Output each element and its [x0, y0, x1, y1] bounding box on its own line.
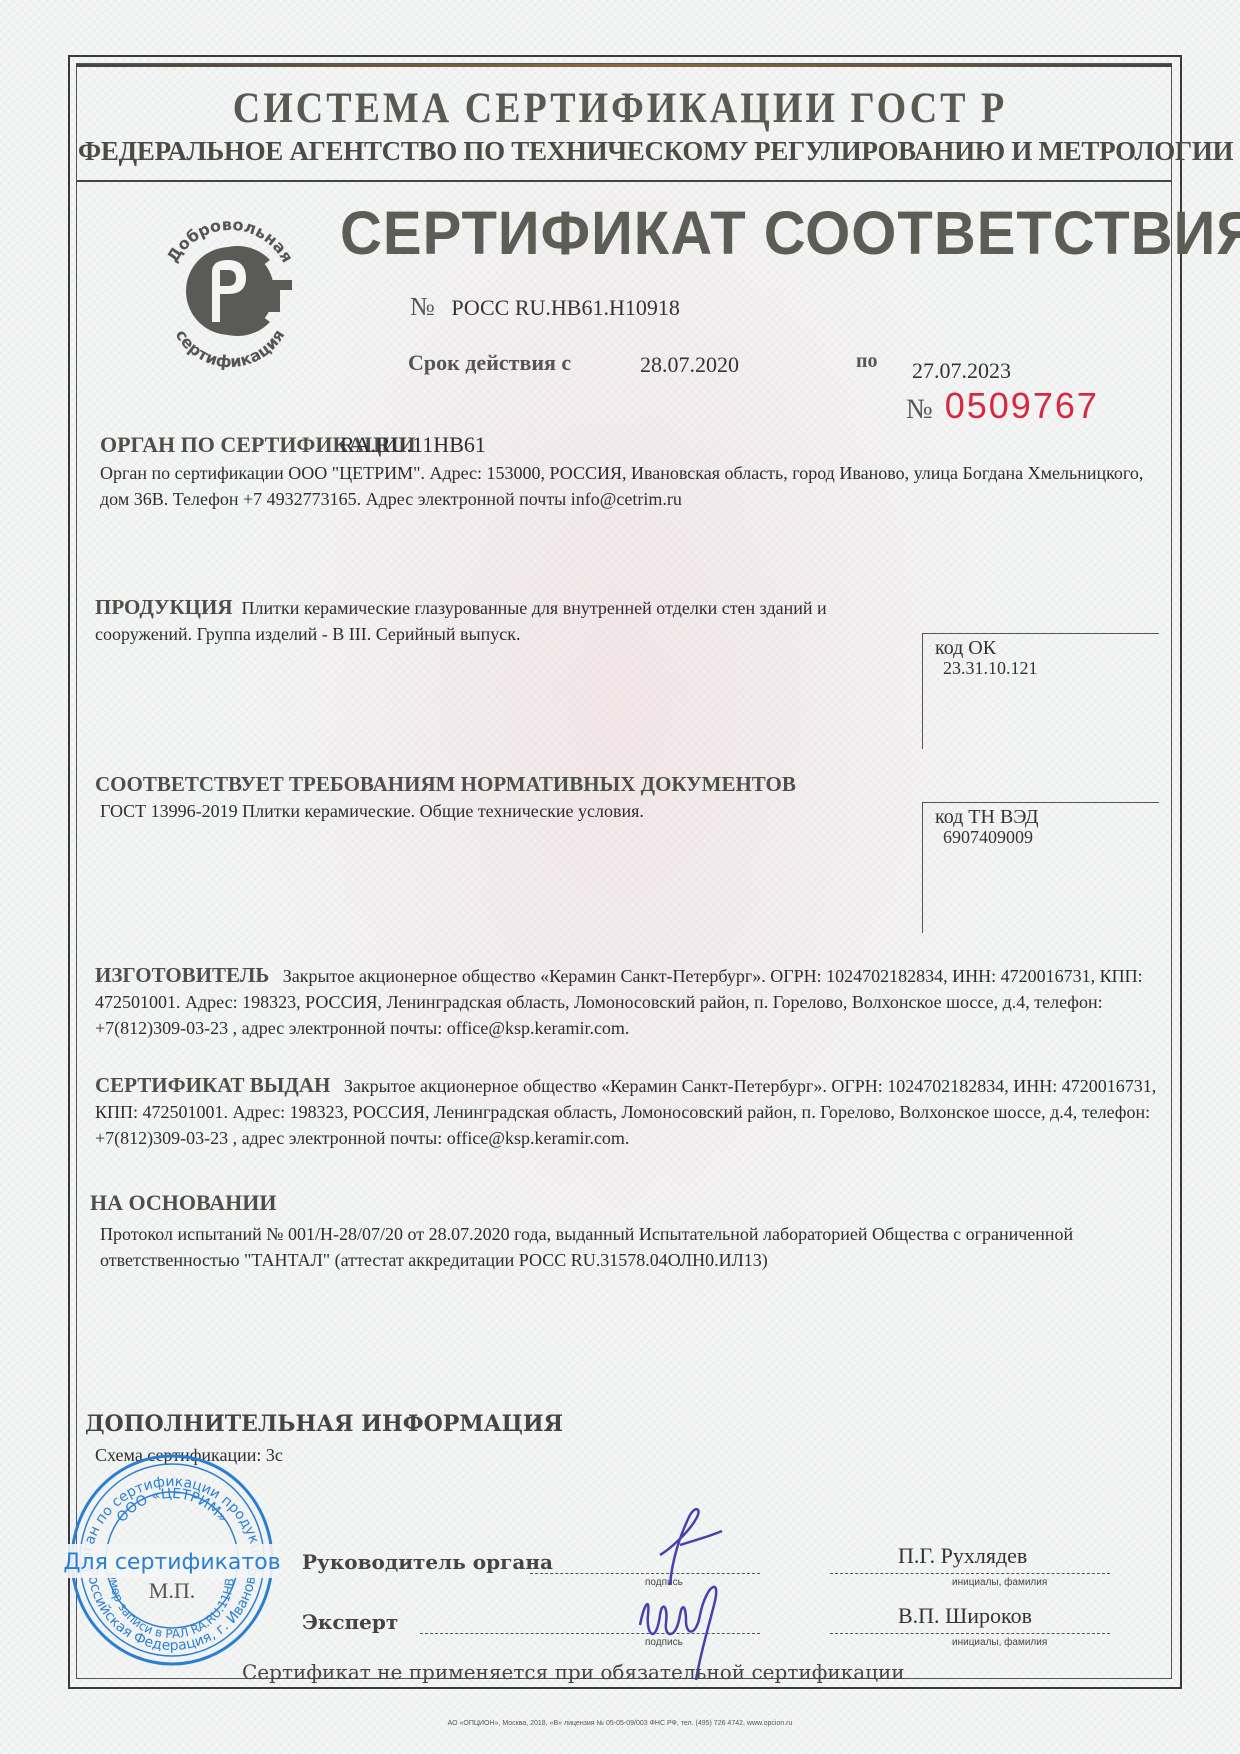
valid-to: 27.07.2023 [912, 358, 1011, 384]
stamp-seal-icon: Орган по сертификации продукции ООО «ЦЕТ… [62, 1448, 282, 1668]
ok-code-label: код ОК [923, 634, 1159, 658]
issued-to-section: СЕРТИФИКАТ ВЫДАН Закрытое акционерное об… [95, 1072, 1175, 1151]
ok-code-box: код ОК 23.31.10.121 [922, 633, 1159, 749]
expert-name: В.П. Широков [898, 1603, 1032, 1629]
tn-ved-code-label: код ТН ВЭД [923, 803, 1159, 827]
system-title: СИСТЕМА СЕРТИФИКАЦИИ ГОСТ Р [0, 83, 1240, 134]
serial-number-sign: № [906, 394, 933, 425]
registration-number-row: № РОСС RU.НВ61.Н10918 [410, 292, 680, 322]
agency-name: ФЕДЕРАЛЬНОЕ АГЕНТСТВО ПО ТЕХНИЧЕСКОМУ РЕ… [78, 136, 1172, 167]
valid-from: 28.07.2020 [640, 352, 739, 378]
certification-body-text: Орган по сертификации ООО "ЦЕТРИМ". Адре… [100, 460, 1160, 512]
tn-ved-code-box: код ТН ВЭД 6907409009 [922, 802, 1159, 933]
certificate-title: СЕРТИФИКАТ СООТВЕТСТВИЯ [340, 198, 1240, 268]
basis-heading: НА ОСНОВАНИИ [90, 1190, 277, 1216]
basis-text: Протокол испытаний № 001/Н-28/07/20 от 2… [100, 1221, 1160, 1273]
registration-number: РОСС RU.НВ61.Н10918 [451, 295, 680, 320]
certification-body-code: RA.RU.11НВ61 [340, 432, 486, 458]
svg-text:М.П.: М.П. [149, 1578, 195, 1603]
head-initials-caption: инициалы, фамилия [952, 1577, 1047, 1588]
svg-text:Для сертификатов: Для сертификатов [63, 1550, 280, 1575]
rst-logo-icon: Добровольная сертификация [150, 210, 310, 370]
serial-number-row: № 0509767 [906, 385, 1099, 427]
additional-info-heading: ДОПОЛНИТЕЛЬНАЯ ИНФОРМАЦИЯ [85, 1411, 563, 1437]
number-sign: № [410, 292, 435, 321]
printer-imprint: АО «ОПЦИОН», Москва, 2018, «В» лицензия … [0, 1720, 1240, 1727]
ok-code-value: 23.31.10.121 [923, 658, 1159, 679]
conformity-text: ГОСТ 13996-2019 Плитки керамические. Общ… [100, 798, 900, 824]
footer-note: Сертификат не применяется при обязательн… [242, 1660, 905, 1684]
valid-to-label: по [856, 350, 878, 373]
expert-name-line [830, 1633, 1110, 1634]
expert-label: Эксперт [302, 1610, 398, 1634]
expert-initials-caption: инициалы, фамилия [952, 1637, 1047, 1648]
product-section: ПРОДУКЦИЯ Плитки керамические глазурован… [95, 594, 895, 647]
tn-ved-code-value: 6907409009 [923, 827, 1159, 848]
manufacturer-heading: ИЗГОТОВИТЕЛЬ [95, 963, 269, 987]
head-name: П.Г. Рухлядев [898, 1543, 1027, 1569]
issued-to-heading: СЕРТИФИКАТ ВЫДАН [95, 1073, 330, 1097]
head-of-body-label: Руководитель органа [302, 1550, 553, 1574]
validity-label: Срок действия с [408, 350, 571, 376]
manufacturer-section: ИЗГОТОВИТЕЛЬ Закрытое акционерное общест… [95, 962, 1175, 1041]
product-heading: ПРОДУКЦИЯ [95, 595, 233, 619]
top-rule [76, 64, 1172, 67]
header-divider [77, 180, 1171, 182]
head-name-line [830, 1573, 1110, 1574]
conformity-heading: СООТВЕТСТВУЕТ ТРЕБОВАНИЯМ НОРМАТИВНЫХ ДО… [95, 772, 796, 797]
serial-number: 0509767 [945, 385, 1099, 426]
expert-signature-icon [630, 1575, 740, 1665]
